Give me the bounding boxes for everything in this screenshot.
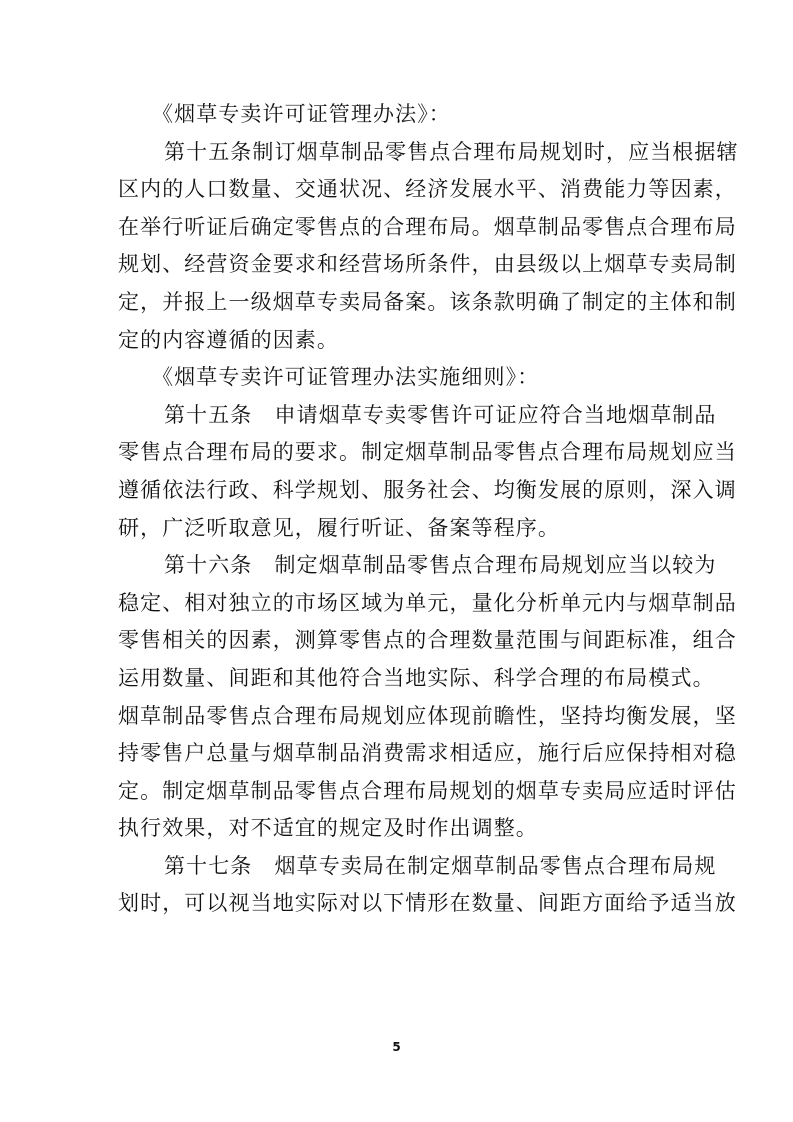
article-line: 第十五条制订烟草制品零售点合理布局规划时，应当根据辖 xyxy=(118,134,674,172)
article-line: 第十七条 烟草专卖局在制定烟草制品零售点合理布局规 xyxy=(118,848,674,886)
article-line: 定，并报上一级烟草专卖局备案。该条款明确了制定的主体和制 xyxy=(118,284,674,322)
article-line: 规划、经营资金要求和经营场所条件，由县级以上烟草专卖局制 xyxy=(118,246,674,284)
article-line: 定。制定烟草制品零售点合理布局规划的烟草专卖局应适时评估 xyxy=(118,773,674,811)
article-line: 第十五条 申请烟草专卖零售许可证应符合当地烟草制品 xyxy=(118,397,674,435)
article-line: 稳定、相对独立的市场区域为单元，量化分析单元内与烟草制品 xyxy=(118,585,674,623)
article-line: 运用数量、间距和其他符合当地实际、科学合理的布局模式。 xyxy=(118,660,674,698)
article-line: 烟草制品零售点合理布局规划应体现前瞻性，坚持均衡发展，坚 xyxy=(118,698,674,736)
article-line: 遵循依法行政、科学规划、服务社会、均衡发展的原则，深入调 xyxy=(118,472,674,510)
article-line: 持零售户总量与烟草制品消费需求相适应，施行后应保持相对稳 xyxy=(118,735,674,773)
rules-title-heading: 《烟草专卖许可证管理办法实施细则》： xyxy=(118,359,674,397)
article-line: 执行效果，对不适宜的规定及时作出调整。 xyxy=(118,810,674,848)
article-line: 第十六条 制定烟草制品零售点合理布局规划应当以较为 xyxy=(118,547,674,585)
document-page: 《烟草专卖许可证管理办法》： 第十五条制订烟草制品零售点合理布局规划时，应当根据… xyxy=(118,96,674,923)
article-line: 零售相关的因素，测算零售点的合理数量范围与间距标准，组合 xyxy=(118,622,674,660)
article-line: 研，广泛听取意见，履行听证、备案等程序。 xyxy=(118,510,674,548)
article-line: 在举行听证后确定零售点的合理布局。烟草制品零售点合理布局 xyxy=(118,209,674,247)
page-number: 5 xyxy=(0,1040,793,1054)
article-line: 区内的人口数量、交通状况、经济发展水平、消费能力等因素， xyxy=(118,171,674,209)
article-line: 定的内容遵循的因素。 xyxy=(118,322,674,360)
article-line: 零售点合理布局的要求。制定烟草制品零售点合理布局规划应当 xyxy=(118,434,674,472)
law-title-heading: 《烟草专卖许可证管理办法》： xyxy=(118,96,674,134)
article-line: 划时，可以视当地实际对以下情形在数量、间距方面给予适当放 xyxy=(118,885,674,923)
